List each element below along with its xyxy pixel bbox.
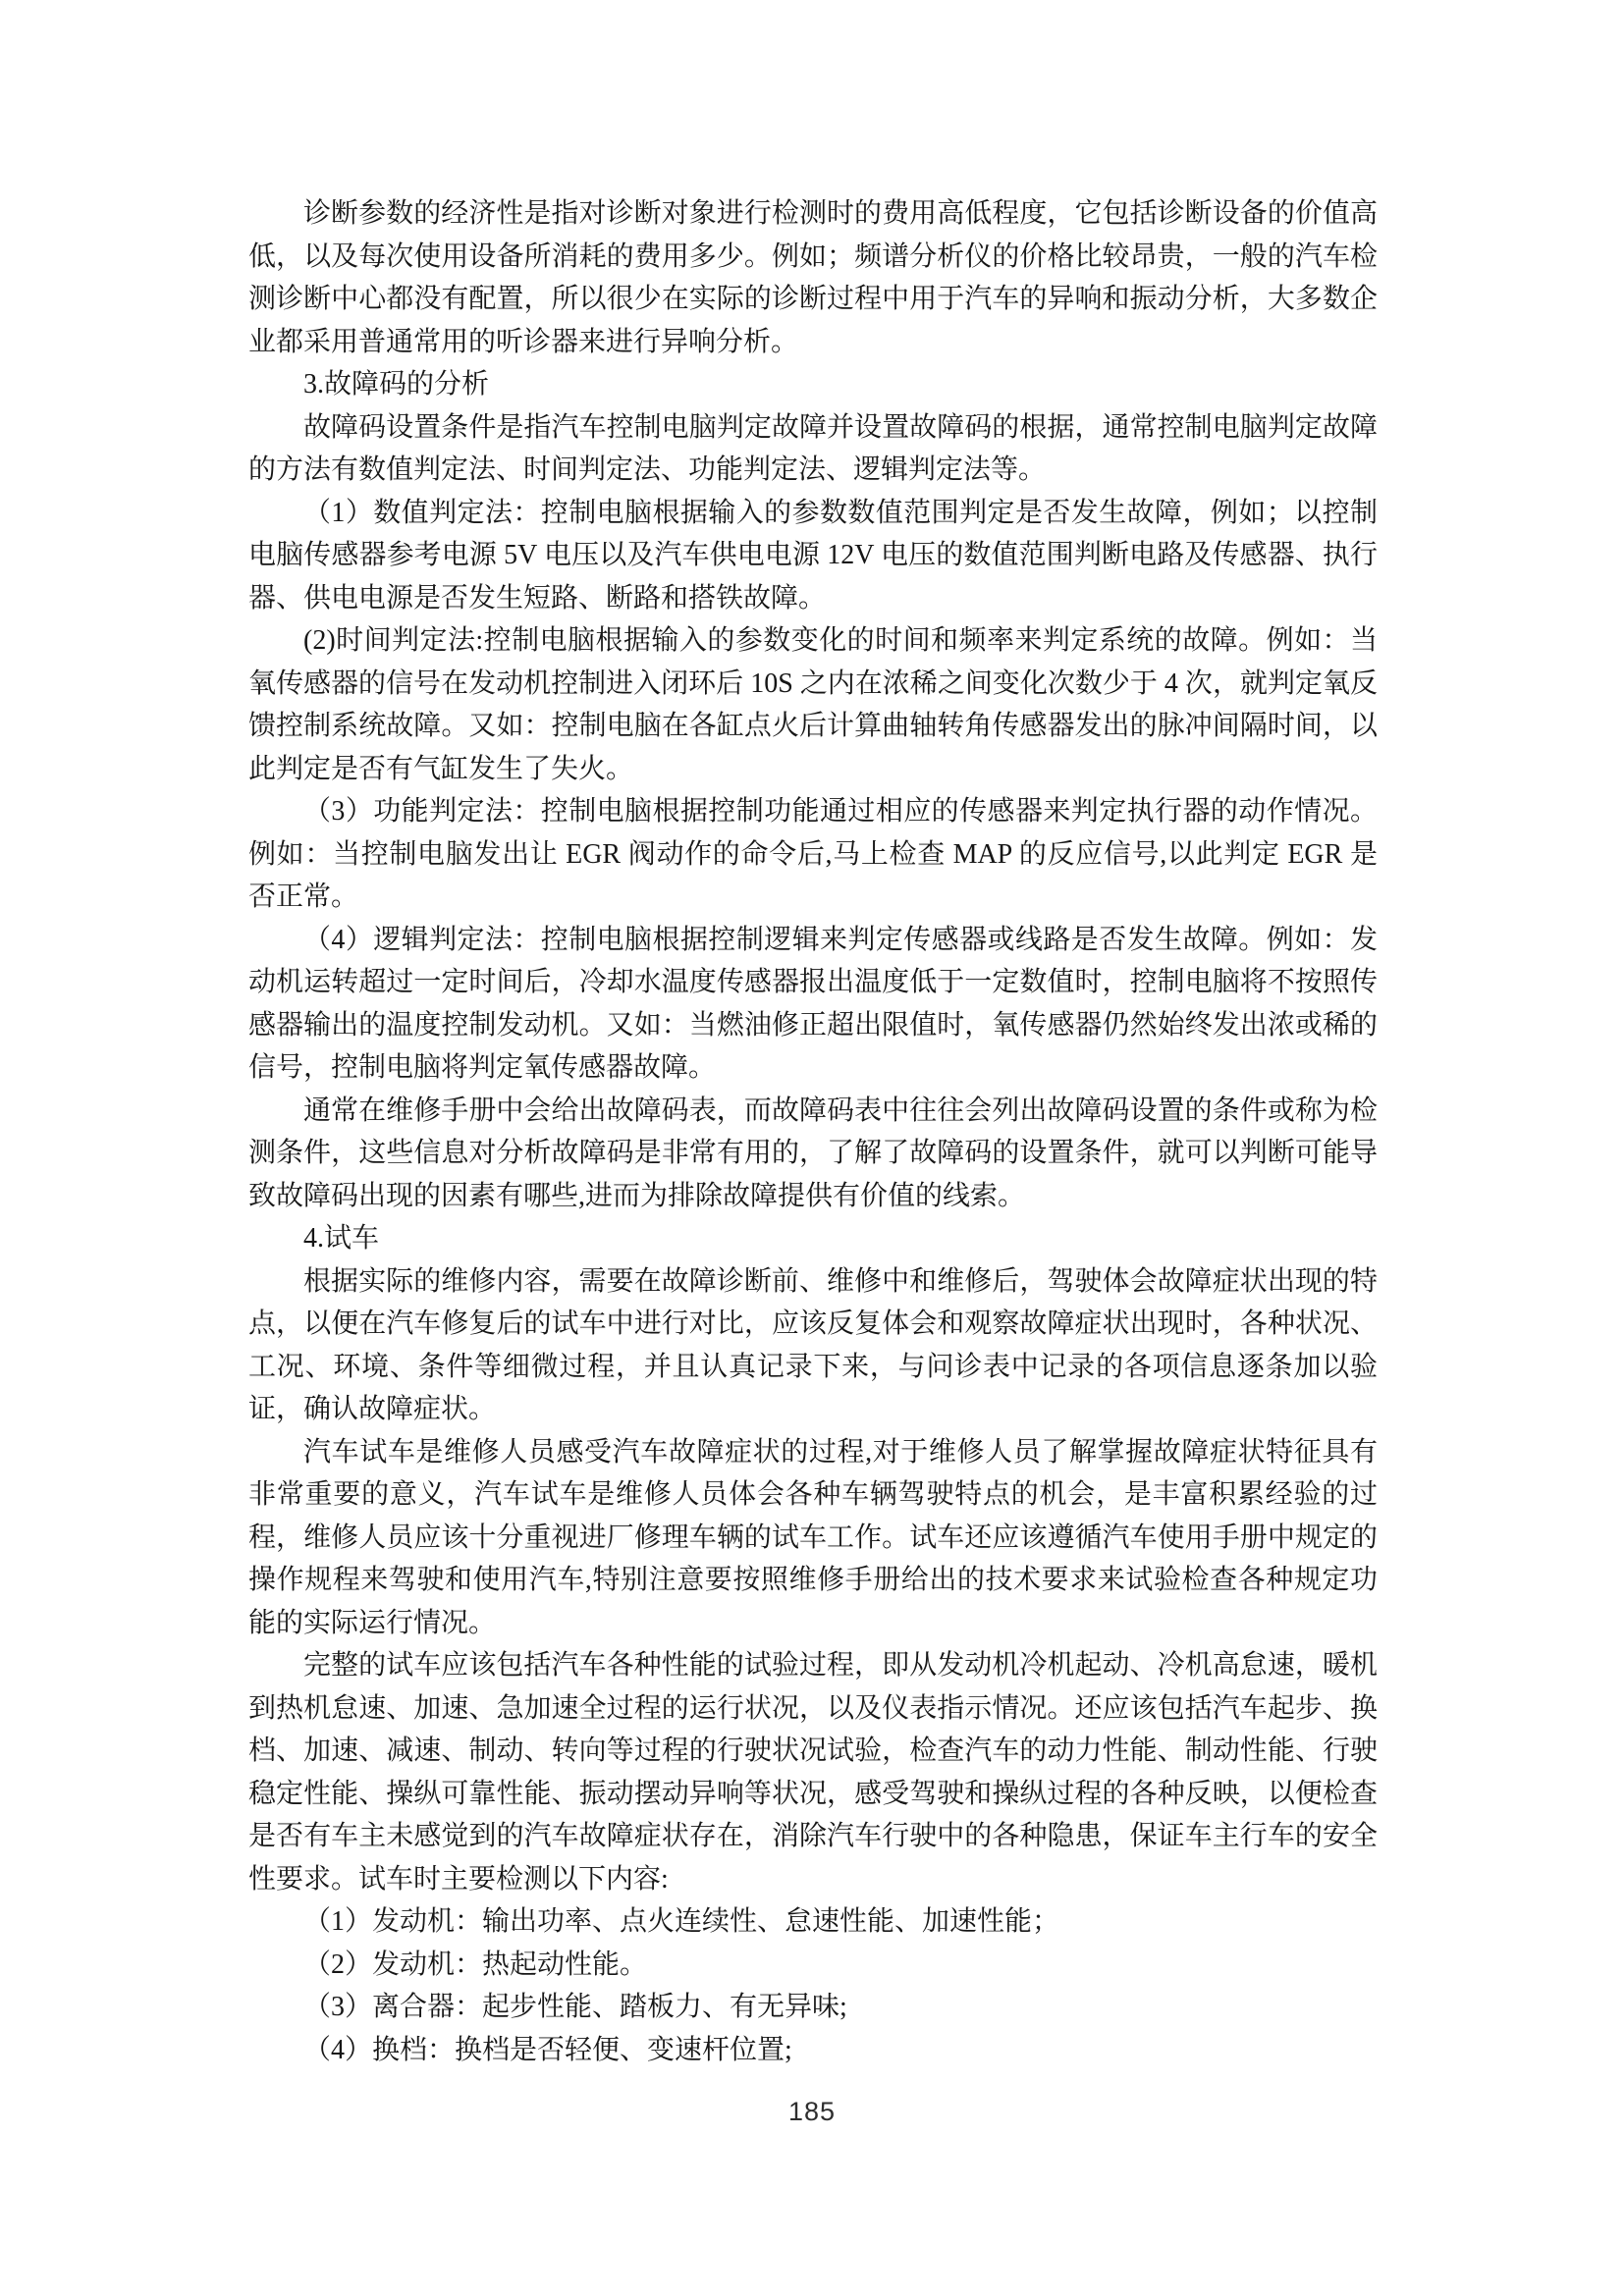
section-heading: 4.试车 [248,1217,1378,1260]
paragraph: （1）数值判定法：控制电脑根据输入的参数数值范围判定是否发生故障，例如；以控制电… [248,492,1378,620]
paragraph: 完整的试车应该包括汽车各种性能的试验过程，即从发动机冷机起动、冷机高怠速，暖机到… [248,1644,1378,1900]
list-item: （3）离合器：起步性能、踏板力、有无异味; [248,1986,1378,2029]
paragraph: 根据实际的维修内容，需要在故障诊断前、维修中和维修后，驾驶体会故障症状出现的特点… [248,1260,1378,1431]
paragraph: 故障码设置条件是指汽车控制电脑判定故障并设置故障码的根据，通常控制电脑判定故障的… [248,406,1378,492]
list-item: （4）换档：换档是否轻便、变速杆位置; [248,2029,1378,2072]
paragraph: 通常在维修手册中会给出故障码表，而故障码表中往往会列出故障码设置的条件或称为检测… [248,1090,1378,1218]
paragraph: （4）逻辑判定法：控制电脑根据控制逻辑来判定传感器或线路是否发生故障。例如：发动… [248,919,1378,1090]
paragraph: (2)时间判定法:控制电脑根据输入的参数变化的时间和频率来判定系统的故障。例如：… [248,619,1378,790]
paragraph: 汽车试车是维修人员感受汽车故障症状的过程,对于维修人员了解掌握故障症状特征具有非… [248,1431,1378,1645]
list-item: （2）发动机：热起动性能。 [248,1944,1378,1987]
section-heading: 3.故障码的分析 [248,363,1378,406]
page-number: 185 [0,2097,1624,2127]
document-body: 诊断参数的经济性是指对诊断对象进行检测时的费用高低程度，它包括诊断设备的价值高低… [248,192,1378,2071]
paragraph: 诊断参数的经济性是指对诊断对象进行检测时的费用高低程度，它包括诊断设备的价值高低… [248,192,1378,363]
list-item: （1）发动机：输出功率、点火连续性、怠速性能、加速性能； [248,1900,1378,1944]
page: 诊断参数的经济性是指对诊断对象进行检测时的费用高低程度，它包括诊断设备的价值高低… [0,0,1624,2296]
paragraph: （3）功能判定法：控制电脑根据控制功能通过相应的传感器来判定执行器的动作情况。例… [248,790,1378,919]
